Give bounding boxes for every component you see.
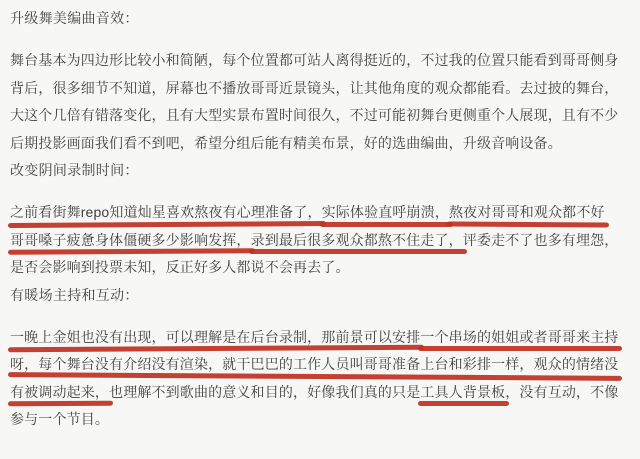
section-heading: 升级舞美编曲音效： xyxy=(10,5,630,32)
highlighted-text: 录到最后很多观众都熬不住走了， xyxy=(251,227,463,255)
section-host-interaction: 有暖场主持和互动： 一晚上金姐也没有出现，可以理解是在后台录制，那前景可以安排一… xyxy=(10,282,630,434)
highlighted-text: 一晚上金姐也没有出现，可以理解是在后台录制，那前景可以安排 xyxy=(10,324,420,352)
text-line: 呀，每个舞台没有介绍没有渲染，就干巴巴的工作人员叫哥哥准备上台和彩排一样，观众的… xyxy=(10,351,630,379)
text-line: 哥哥嗓子疲惫身体僵硬多少影响发挥，录到最后很多观众都熬不住走了，评委走不了也多有… xyxy=(10,227,630,255)
highlighted-text: 工具人背景板 xyxy=(420,379,505,407)
text-segment: 大这个几倍有错落变化，且有大型实景布置时间很久，不过可能初舞台更侧重个人展现，且… xyxy=(10,102,618,130)
text-segment: 评委走不了也多有埋怨， xyxy=(463,227,619,255)
text-segment: 舞台基本为四边形比较小和简陋，每个位置都可站人离得挺近的，不过我的位置只能看到哥… xyxy=(10,47,618,75)
paragraph: 一晚上金姐也没有出现，可以理解是在后台录制，那前景可以安排一个串场的姐姐或者哥哥… xyxy=(10,324,630,434)
paragraph: 舞台基本为四边形比较小和简陋，每个位置都可站人离得挺近的，不过我的位置只能看到哥… xyxy=(10,47,630,157)
text-line: 背后，很多细节不知道，屏幕也不播放哥哥近景镜头，让其他角度的观众都能看。去过披的… xyxy=(10,75,630,103)
section-stage-design: 升级舞美编曲音效： 舞台基本为四边形比较小和简陋，每个位置都可站人离得挺近的，不… xyxy=(10,5,630,157)
text-segment: 参与一个节目。 xyxy=(10,406,109,434)
text-line: 有被调动起来，也理解不到歌曲的意义和目的，好像我们真的只是工具人背景板，没有互动… xyxy=(10,379,630,407)
text-line: 之前看街舞repo知道灿星喜欢熬夜有心理准备了，实际体验直呼崩溃，熬夜对哥哥和观… xyxy=(10,199,630,227)
article: 升级舞美编曲音效： 舞台基本为四边形比较小和简陋，每个位置都可站人离得挺近的，不… xyxy=(0,0,640,434)
section-recording-time: 改变阴间录制时间： 之前看街舞repo知道灿星喜欢熬夜有心理准备了，实际体验直呼… xyxy=(10,157,630,282)
text-segment: 也理解不到歌曲的意义和目的，好像我们真的只是 xyxy=(109,379,420,407)
highlighted-text: 有被调动起来， xyxy=(10,379,109,407)
highlighted-text: 呀，每个舞台没有介绍没有渲染，就干巴巴的工作人员叫哥哥准备上台和彩排一样，观众的… xyxy=(10,351,618,379)
highlighted-text: 熬夜对哥哥和观众都不好 xyxy=(449,199,605,227)
text-line: 一晚上金姐也没有出现，可以理解是在后台录制，那前景可以安排一个串场的姐姐或者哥哥… xyxy=(10,324,630,352)
paragraph: 之前看街舞repo知道灿星喜欢熬夜有心理准备了，实际体验直呼崩溃，熬夜对哥哥和观… xyxy=(10,199,630,282)
text-line: 大这个几倍有错落变化，且有大型实景布置时间很久，不过可能初舞台更侧重个人展现，且… xyxy=(10,102,630,130)
section-heading: 有暖场主持和互动： xyxy=(10,282,630,309)
text-line: 后期投影画面我们看不到吧，希望分组后能有精美布景，好的选曲编曲，升级音响设备。 xyxy=(10,130,630,158)
highlighted-text: 之前看街舞repo知道灿星喜欢熬夜有心理准备了， xyxy=(10,199,322,227)
text-line: 参与一个节目。 xyxy=(10,406,630,434)
text-segment: 背后，很多细节不知道，屏幕也不播放哥哥近景镜头，让其他角度的观众都能看。去过披的… xyxy=(10,75,618,103)
text-line: 是否会影响到投票未知，反正好多人都说不会再去了。 xyxy=(10,254,630,282)
text-segment: 后期投影画面我们看不到吧，希望分组后能有精美布景，好的选曲编曲，升级音响设备。 xyxy=(10,130,562,158)
highlighted-text: 一个串场的姐姐或者哥哥来主持 xyxy=(420,324,618,352)
text-line: 舞台基本为四边形比较小和简陋，每个位置都可站人离得挺近的，不过我的位置只能看到哥… xyxy=(10,47,630,75)
highlighted-text: 实际体验直呼崩溃， xyxy=(322,199,449,227)
highlighted-text: 哥哥嗓子疲惫身体僵硬多少影响发挥， xyxy=(10,227,251,255)
section-heading: 改变阴间录制时间： xyxy=(10,157,630,184)
red-underline-stroke xyxy=(418,401,509,406)
text-segment: ，没有互动，不像 xyxy=(505,379,618,407)
text-segment: 是否会影响到投票未知，反正好多人都说不会再去了。 xyxy=(10,254,350,282)
